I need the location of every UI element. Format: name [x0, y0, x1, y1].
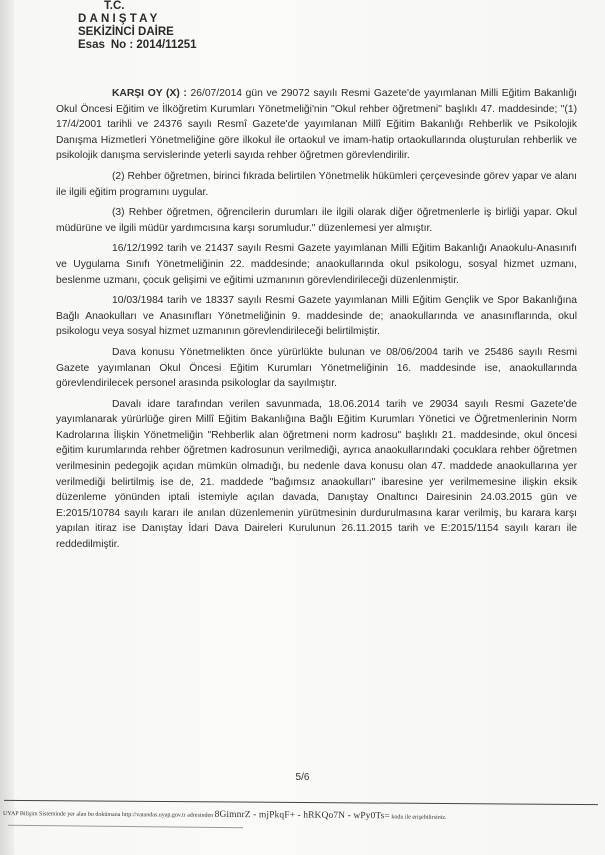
paragraph-7: Davalı idare tarafından verilen savunmad… [56, 397, 577, 553]
paragraph-4: 16/12/1992 tarih ve 21437 sayılı Resmi G… [56, 241, 577, 288]
paragraph-5: 10/03/1984 tarih ve 18337 sayılı Resmi G… [56, 293, 577, 340]
header-court: DANIŞTAY [78, 13, 197, 26]
scan-edge-shadow [0, 0, 14, 855]
paragraph-2: (2) Rehber öğretmen, birinci fıkrada bel… [56, 169, 577, 200]
case-label: Esas [78, 39, 105, 51]
document-body: KARŞI OY (X) : 26/07/2014 gün ve 29072 s… [56, 86, 577, 558]
document-header: T.C. DANIŞTAY SEKİZİNCİ DAİRE EsasNo : 2… [78, 0, 197, 52]
page-number: 5/6 [0, 772, 605, 783]
header-case-number: EsasNo : 2014/11251 [78, 39, 197, 52]
footer-access-note: UYAP Bilişim Sisteminde yer alan bu dokü… [3, 808, 603, 823]
case-number: No : 2014/11251 [111, 39, 197, 51]
document-page: T.C. DANIŞTAY SEKİZİNCİ DAİRE EsasNo : 2… [0, 0, 605, 855]
footer-divider [4, 800, 598, 805]
dissent-heading: KARŞI OY (X) : [112, 88, 187, 99]
footer-prefix: UYAP Bilişim Sisteminde yer alan bu dokü… [3, 811, 213, 819]
paragraph-1: KARŞI OY (X) : 26/07/2014 gün ve 29072 s… [56, 86, 577, 164]
header-chamber: SEKİZİNCİ DAİRE [78, 26, 197, 39]
paragraph-3: (3) Rehber öğretmen, öğrencilerin duruml… [56, 205, 577, 236]
footer-lower-rule [8, 825, 243, 828]
footer-access-code: 8GimnrZ - mjPkqF+ - hRKQo7N - wPy0Ts= [215, 810, 390, 822]
footer-suffix: kodu ile erişebilirsiniz. [391, 814, 446, 820]
paragraph-6: Dava konusu Yönetmelikten önce yürürlükt… [56, 345, 577, 392]
header-tc: T.C. [78, 0, 197, 13]
